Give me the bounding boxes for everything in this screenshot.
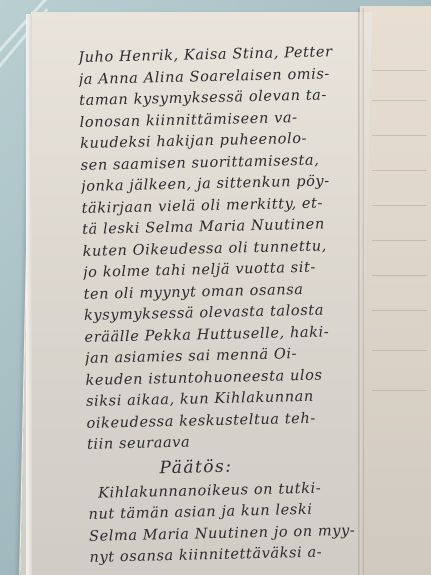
bleed-through-line: [372, 70, 427, 71]
bleed-through-line: [372, 205, 427, 206]
bleed-through-line: [372, 310, 427, 311]
bleed-through-line: [372, 170, 427, 171]
page-edge: [26, 14, 32, 575]
bleed-through-line: [372, 390, 427, 391]
bleed-through-line: [372, 240, 427, 241]
bleed-through-line: [372, 350, 427, 351]
handwritten-text: Juho Henrik, Kaisa Stina, Petter ja Anna…: [78, 42, 375, 570]
bleed-through-line: [372, 275, 427, 276]
bleed-through-line: [372, 135, 427, 136]
bleed-through-line: [372, 100, 427, 101]
